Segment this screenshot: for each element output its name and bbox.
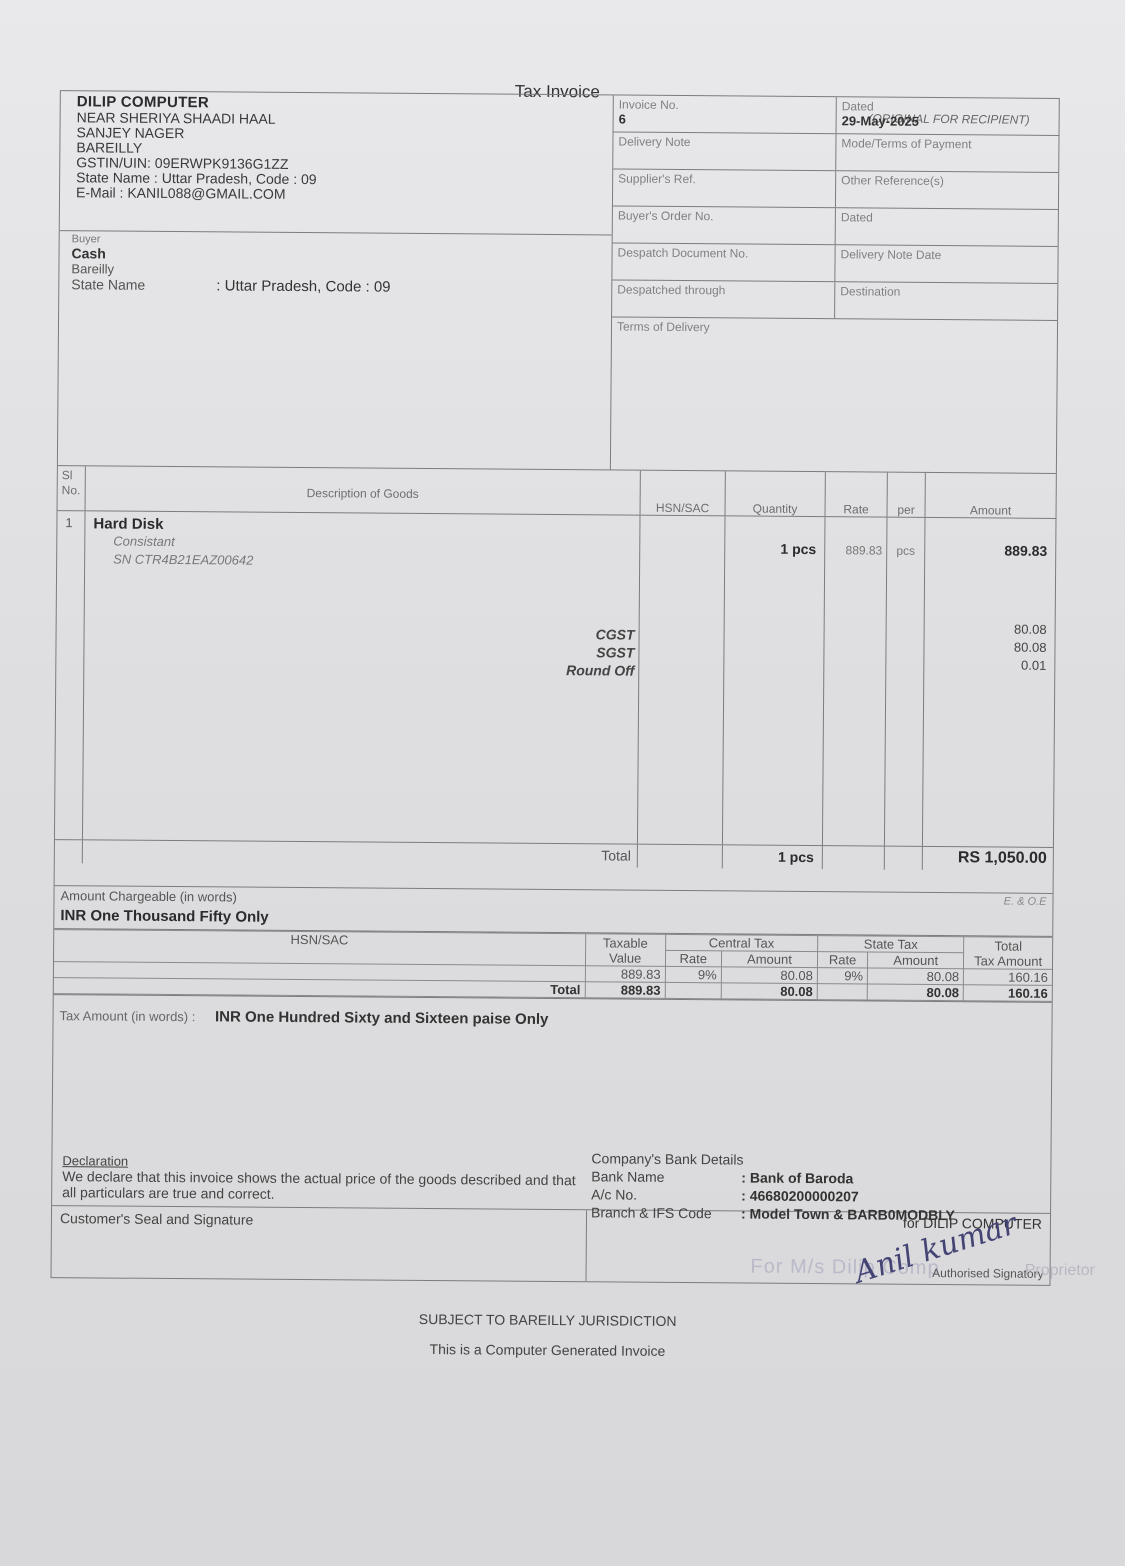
buyer-state-row: State Name : Uttar Pradesh, Code : 09 bbox=[71, 276, 599, 297]
dated-value: 29-May-2025 bbox=[842, 113, 1054, 130]
meta-row: Despatch Document No. Delivery Note Date bbox=[612, 243, 1057, 283]
tax-in-words: Tax Amount (in words) : INR One Hundred … bbox=[53, 995, 1052, 1153]
state-tax-header: State Tax bbox=[818, 936, 964, 953]
tax-amount-label: Tax Amount bbox=[968, 953, 1048, 969]
col-per-header: per bbox=[888, 473, 926, 517]
suppliers-ref-cell: Supplier's Ref. bbox=[613, 169, 835, 207]
tax-words-value: INR One Hundred Sixty and Sixteen paise … bbox=[215, 1008, 549, 1028]
hsn-header: HSN/SAC bbox=[54, 930, 585, 966]
other-refs-cell: Other Reference(s) bbox=[835, 171, 1058, 209]
tax-total-amount: 160.16 bbox=[964, 985, 1052, 1002]
despatch-doc-cell: Despatch Document No. bbox=[612, 243, 834, 281]
meta-row: Buyer's Order No. Dated bbox=[613, 206, 1058, 246]
total-amount: RS 1,050.00 bbox=[923, 847, 1053, 871]
invoice-meta: Invoice No. 6 Dated 29-May-2025 Delivery… bbox=[611, 95, 1059, 472]
payment-terms-cell: Mode/Terms of Payment bbox=[835, 134, 1058, 172]
total-label: Total bbox=[83, 840, 638, 867]
items-header: Sl No. Description of Goods HSN/SAC Quan… bbox=[58, 466, 1056, 519]
invoice-no-label: Invoice No. bbox=[619, 98, 831, 114]
tax-total-central-rate bbox=[665, 982, 721, 998]
declaration-block: Declaration We declare that this invoice… bbox=[52, 1145, 587, 1209]
declaration-bank-section: Declaration We declare that this invoice… bbox=[52, 1145, 1050, 1213]
footer: SUBJECT TO BAREILLY JURISDICTION This is… bbox=[35, 1298, 1060, 1362]
total-quantity: 1 pcs bbox=[723, 845, 823, 869]
cgst-label: CGST bbox=[566, 625, 634, 644]
item-sl: 1 bbox=[55, 511, 86, 839]
meta-row: Delivery Note Mode/Terms of Payment bbox=[613, 132, 1058, 172]
item-description: Hard Disk Consistant SN CTR4B21EAZ00642 … bbox=[83, 511, 641, 843]
central-rate-header: Rate bbox=[665, 950, 721, 966]
account-label: A/c No. bbox=[591, 1185, 741, 1204]
meta-row: Invoice No. 6 Dated 29-May-2025 bbox=[614, 95, 1059, 135]
jurisdiction-note: SUBJECT TO BAREILLY JURISDICTION bbox=[35, 1308, 1060, 1332]
party-column: DILIP COMPUTER NEAR SHERIYA SHAADI HAAL … bbox=[58, 91, 614, 469]
total-tax-header: Total Tax Amount bbox=[964, 937, 1052, 970]
dated-cell: Dated 29-May-2025 bbox=[836, 97, 1059, 135]
buyer-block: Buyer Cash Bareilly State Name : Uttar P… bbox=[59, 231, 611, 299]
invoice-paper: Tax Invoice (ORIGINAL FOR RECIPIENT) DIL… bbox=[0, 0, 1125, 1566]
col-quantity-header: Quantity bbox=[726, 471, 826, 516]
meta-row: Supplier's Ref. Other Reference(s) bbox=[613, 169, 1058, 209]
seller-block: DILIP COMPUTER NEAR SHERIYA SHAADI HAAL … bbox=[60, 91, 613, 235]
declaration-text: We declare that this invoice shows the a… bbox=[62, 1168, 577, 1204]
amount-words-value: INR One Thousand Fifty Only bbox=[60, 907, 1046, 932]
items-table: Sl No. Description of Goods HSN/SAC Quan… bbox=[55, 466, 1056, 894]
col-hsn-header: HSN/SAC bbox=[641, 471, 726, 516]
tax-total-taxable: 889.83 bbox=[585, 982, 665, 999]
col-amount-header: Amount bbox=[926, 473, 1056, 518]
tax-line-amounts: 80.08 80.08 0.01 bbox=[924, 620, 1046, 675]
total-label: Total bbox=[968, 938, 1048, 954]
central-amount-header: Amount bbox=[721, 951, 817, 968]
account-value: : 46680200000207 bbox=[741, 1187, 859, 1206]
invoice-no-value: 6 bbox=[619, 112, 831, 129]
round-off-label: Round Off bbox=[566, 661, 634, 680]
signature-section: Customer's Seal and Signature for DILIP … bbox=[52, 1205, 1051, 1285]
total-hsn-cell bbox=[638, 845, 723, 869]
sgst-label: SGST bbox=[566, 643, 634, 662]
delivery-note-cell: Delivery Note bbox=[613, 132, 835, 170]
row-total-tax: 160.16 bbox=[964, 969, 1052, 986]
cgst-amount: 80.08 bbox=[925, 620, 1047, 639]
row-central-amount: 80.08 bbox=[721, 967, 817, 984]
round-off-amount: 0.01 bbox=[924, 656, 1046, 675]
buyers-order-cell: Buyer's Order No. bbox=[613, 206, 835, 244]
row-state-rate: 9% bbox=[817, 968, 867, 984]
buyer-state-value: : Uttar Pradesh, Code : 09 bbox=[216, 277, 390, 295]
tax-total-central-amount: 80.08 bbox=[721, 983, 817, 1000]
invoice-sheet: Tax Invoice (ORIGINAL FOR RECIPIENT) DIL… bbox=[45, 70, 1070, 78]
tax-line-labels: CGST SGST Round Off bbox=[566, 625, 635, 680]
order-dated-cell: Dated bbox=[835, 208, 1058, 246]
no-label: No. bbox=[62, 483, 81, 498]
col-rate-header: Rate bbox=[826, 472, 888, 516]
bank-details: Company's Bank Details Bank Name : Bank … bbox=[587, 1149, 1050, 1213]
authorised-signature-box: for DILIP COMPUTER For M/s Dilip Comp An… bbox=[587, 1210, 1051, 1285]
seller-email: E-Mail : KANIL088@GMAIL.COM bbox=[76, 185, 596, 204]
despatched-through-cell: Despatched through bbox=[612, 280, 834, 318]
state-rate-header: Rate bbox=[817, 952, 867, 968]
total-per-cell bbox=[885, 847, 923, 870]
item-per: pcs bbox=[885, 518, 926, 846]
destination-cell: Destination bbox=[834, 282, 1057, 320]
tax-total-state-rate bbox=[817, 984, 867, 1000]
item-amount: 889.83 bbox=[925, 542, 1047, 559]
delivery-note-date-cell: Delivery Note Date bbox=[834, 245, 1057, 283]
value-label: Value bbox=[590, 950, 661, 966]
item-amount-cell: 889.83 80.08 80.08 0.01 bbox=[923, 518, 1056, 847]
taxable-label: Taxable bbox=[590, 935, 661, 951]
amount-in-words: Amount Chargeable (in words) E. & O.E IN… bbox=[54, 886, 1052, 936]
table-row: 1 Hard Disk Consistant SN CTR4B21EAZ0064… bbox=[55, 511, 1056, 847]
state-amount-header: Amount bbox=[868, 952, 964, 969]
col-description-header: Description of Goods bbox=[86, 466, 641, 514]
total-rate-cell bbox=[823, 846, 885, 869]
item-quantity: 1 pcs bbox=[723, 516, 826, 845]
sgst-amount: 80.08 bbox=[924, 638, 1046, 657]
invoice-no-cell: Invoice No. 6 bbox=[614, 95, 836, 133]
invoice-frame: DILIP COMPUTER NEAR SHERIYA SHAADI HAAL … bbox=[51, 90, 1060, 1286]
customer-signature-box: Customer's Seal and Signature bbox=[52, 1206, 588, 1281]
meta-row: Despatched through Destination bbox=[612, 280, 1057, 320]
header-section: DILIP COMPUTER NEAR SHERIYA SHAADI HAAL … bbox=[58, 91, 1059, 474]
item-serial: SN CTR4B21EAZ00642 bbox=[113, 551, 631, 573]
tax-total-state-amount: 80.08 bbox=[867, 984, 963, 1001]
sl-label: Sl bbox=[62, 468, 81, 483]
terms-of-delivery-cell: Terms of Delivery bbox=[611, 317, 1057, 472]
computer-generated-note: This is a Computer Generated Invoice bbox=[35, 1338, 1060, 1362]
row-taxable: 889.83 bbox=[585, 966, 665, 983]
bank-name-label: Bank Name bbox=[591, 1167, 741, 1186]
col-sl-header: Sl No. bbox=[58, 466, 86, 510]
item-hsn bbox=[638, 516, 726, 845]
tax-words-label: Tax Amount (in words) : bbox=[60, 1008, 196, 1024]
row-central-rate: 9% bbox=[665, 966, 721, 982]
central-tax-header: Central Tax bbox=[665, 934, 817, 951]
total-sl-cell bbox=[55, 840, 83, 863]
bank-name-value: : Bank of Baroda bbox=[741, 1169, 853, 1188]
taxable-header: Taxable Value bbox=[585, 934, 665, 967]
buyer-state-label: State Name bbox=[71, 276, 216, 294]
proprietor-stamp: Proprietor bbox=[1025, 1262, 1095, 1280]
eoe-label: E. & O.E bbox=[1004, 896, 1047, 908]
item-rate: 889.83 bbox=[823, 517, 888, 845]
tax-summary-table: HSN/SAC Taxable Value Central Tax State … bbox=[54, 928, 1052, 1003]
row-state-amount: 80.08 bbox=[867, 968, 963, 985]
